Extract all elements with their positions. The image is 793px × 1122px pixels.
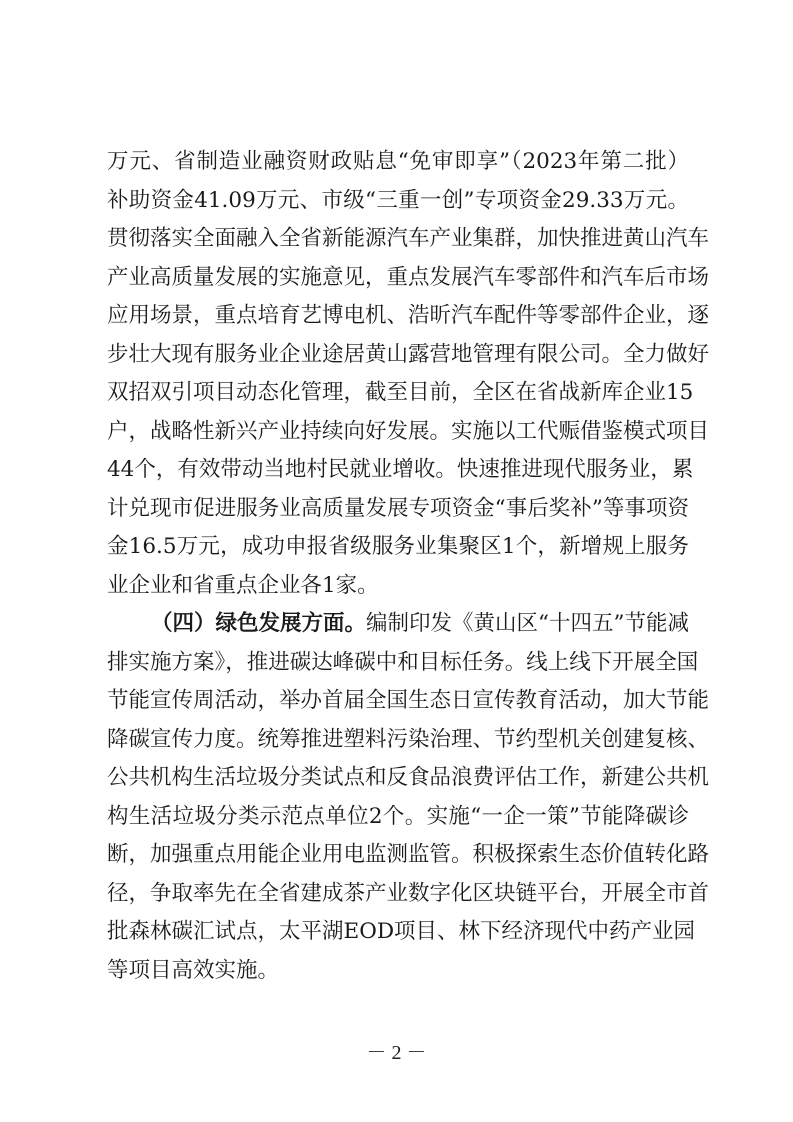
section-heading: （四）绿色发展方面。 (151, 611, 366, 636)
text-line: 金16.5万元，成功申报省级服务业集聚区1个，新增规上服务 (107, 528, 689, 567)
text-line: 节能宣传周活动，举办首届全国生态日宣传教育活动，加大节能 (107, 682, 689, 721)
text-line: 计兑现市促进服务业高质量发展专项资金“事后奖补”等事项资 (107, 490, 689, 529)
document-page: 万元、省制造业融资财政贴息“免审即享”（2023年第二批） 补助资金41.09万… (0, 0, 793, 1122)
text-line: 步壮大现有服务业企业途居黄山露营地管理有限公司。全力做好 (107, 336, 689, 375)
paragraph-green-development: （四）绿色发展方面。编制印发《黄山区“十四五”节能减 排实施方案》，推进碳达峰碳… (107, 605, 689, 990)
text-line: 44个，有效带动当地村民就业增收。快速推进现代服务业，累 (107, 451, 689, 490)
text-line: 业企业和省重点企业各1家。 (107, 567, 689, 606)
text-line: 排实施方案》，推进碳达峰碳中和目标任务。线上线下开展全国 (107, 644, 689, 683)
text-line: 补助资金41.09万元、市级“三重一创”专项资金29.33万元。 (107, 182, 689, 221)
text-line: 等项目高效实施。 (107, 952, 689, 991)
text-line: 批森林碳汇试点，太平湖EOD项目、林下经济现代中药产业园 (107, 913, 689, 952)
text-line: 应用场景，重点培育艺博电机、浩昕汽车配件等零部件企业，逐 (107, 297, 689, 336)
body-text: 万元、省制造业融资财政贴息“免审即享”（2023年第二批） 补助资金41.09万… (107, 143, 689, 990)
text-line: 降碳宣传力度。统筹推进塑料污染治理、节约型机关创建复核、 (107, 721, 689, 760)
text-line-first: （四）绿色发展方面。编制印发《黄山区“十四五”节能减 (107, 605, 689, 644)
heading-rest: 编制印发《黄山区“十四五”节能减 (366, 611, 689, 636)
text-line: 双招双引项目动态化管理，截至目前，全区在省战新库企业15 (107, 374, 689, 413)
text-line: 贯彻落实全面融入全省新能源汽车产业集群，加快推进黄山汽车 (107, 220, 689, 259)
text-line: 万元、省制造业融资财政贴息“免审即享”（2023年第二批） (107, 143, 689, 182)
page-number: － 2 － (0, 1040, 793, 1066)
text-line: 断，加强重点用能企业用电监测监管。积极探索生态价值转化路 (107, 836, 689, 875)
text-line: 构生活垃圾分类示范点单位2个。实施“一企一策”节能降碳诊 (107, 798, 689, 837)
text-line: 产业高质量发展的实施意见，重点发展汽车零部件和汽车后市场 (107, 259, 689, 298)
paragraph-industry: 万元、省制造业融资财政贴息“免审即享”（2023年第二批） 补助资金41.09万… (107, 143, 689, 605)
text-line: 公共机构生活垃圾分类试点和反食品浪费评估工作，新建公共机 (107, 759, 689, 798)
text-line: 径，争取率先在全省建成茶产业数字化区块链平台，开展全市首 (107, 875, 689, 914)
text-line: 户，战略性新兴产业持续向好发展。实施以工代赈借鉴模式项目 (107, 413, 689, 452)
